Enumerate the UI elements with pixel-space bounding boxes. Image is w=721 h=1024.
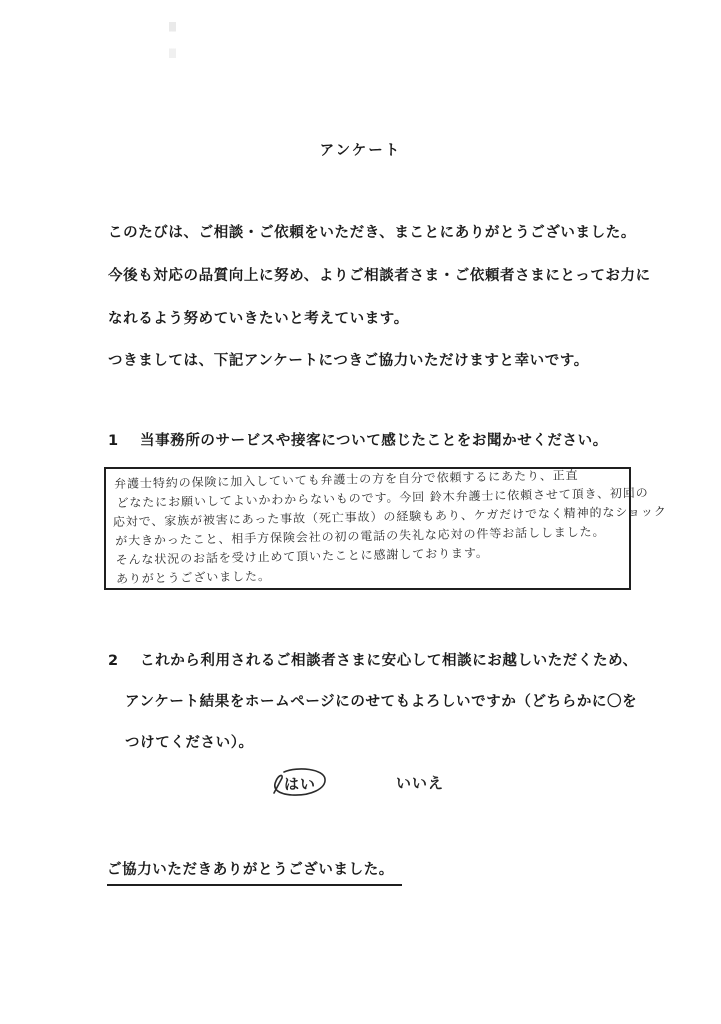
question-2-number: 2 [108, 653, 140, 669]
handwritten-answer: 弁護士特約の保険に加入していても弁護士の方を自分で依頼するにあたり、正直 どなた… [114, 465, 623, 589]
scan-artifact [169, 22, 176, 70]
question-1-number: 1 [108, 433, 140, 449]
question-2-line-2: アンケート結果をホームページにのせてもよろしいですか（どちらかに〇を [125, 690, 637, 711]
intro-line-3: なれるよう努めていきたいと考えています。 [108, 307, 409, 328]
intro-line-2: 今後も対応の品質向上に努め、よりご相談者さま・ご依頼者さまにとってお力に [108, 264, 651, 285]
option-no[interactable]: いいえ [396, 772, 444, 793]
question-2: 2これから利用されるご相談者さまに安心して相談にお越しいただくため、 [108, 649, 638, 670]
question-1-answer-box[interactable]: 弁護士特約の保険に加入していても弁護士の方を自分で依頼するにあたり、正直 どなた… [104, 467, 631, 590]
option-yes[interactable]: はい [270, 767, 330, 799]
option-yes-label: はい [284, 773, 316, 794]
question-2-line-3: つけてください）。 [125, 731, 254, 752]
page-title: アンケート [0, 139, 721, 160]
question-2-line-1: これから利用されるご相談者さまに安心して相談にお越しいただくため、 [140, 653, 638, 669]
intro-line-1: このたびは、ご相談・ご依頼をいただき、まことにありがとうございました。 [108, 221, 636, 242]
question-1: 1当事務所のサービスや接客について感じたことをお聞かせください。 [108, 429, 608, 450]
option-no-label: いいえ [396, 774, 444, 792]
question-1-text: 当事務所のサービスや接客について感じたことをお聞かせください。 [140, 433, 608, 449]
intro-line-4: つきましては、下記アンケートにつきご協力いただけますと幸いです。 [108, 349, 589, 370]
closing-text: ご協力いただきありがとうございました。 [107, 858, 402, 886]
scanned-survey-page: アンケート このたびは、ご相談・ご依頼をいただき、まことにありがとうございました… [0, 0, 721, 1024]
